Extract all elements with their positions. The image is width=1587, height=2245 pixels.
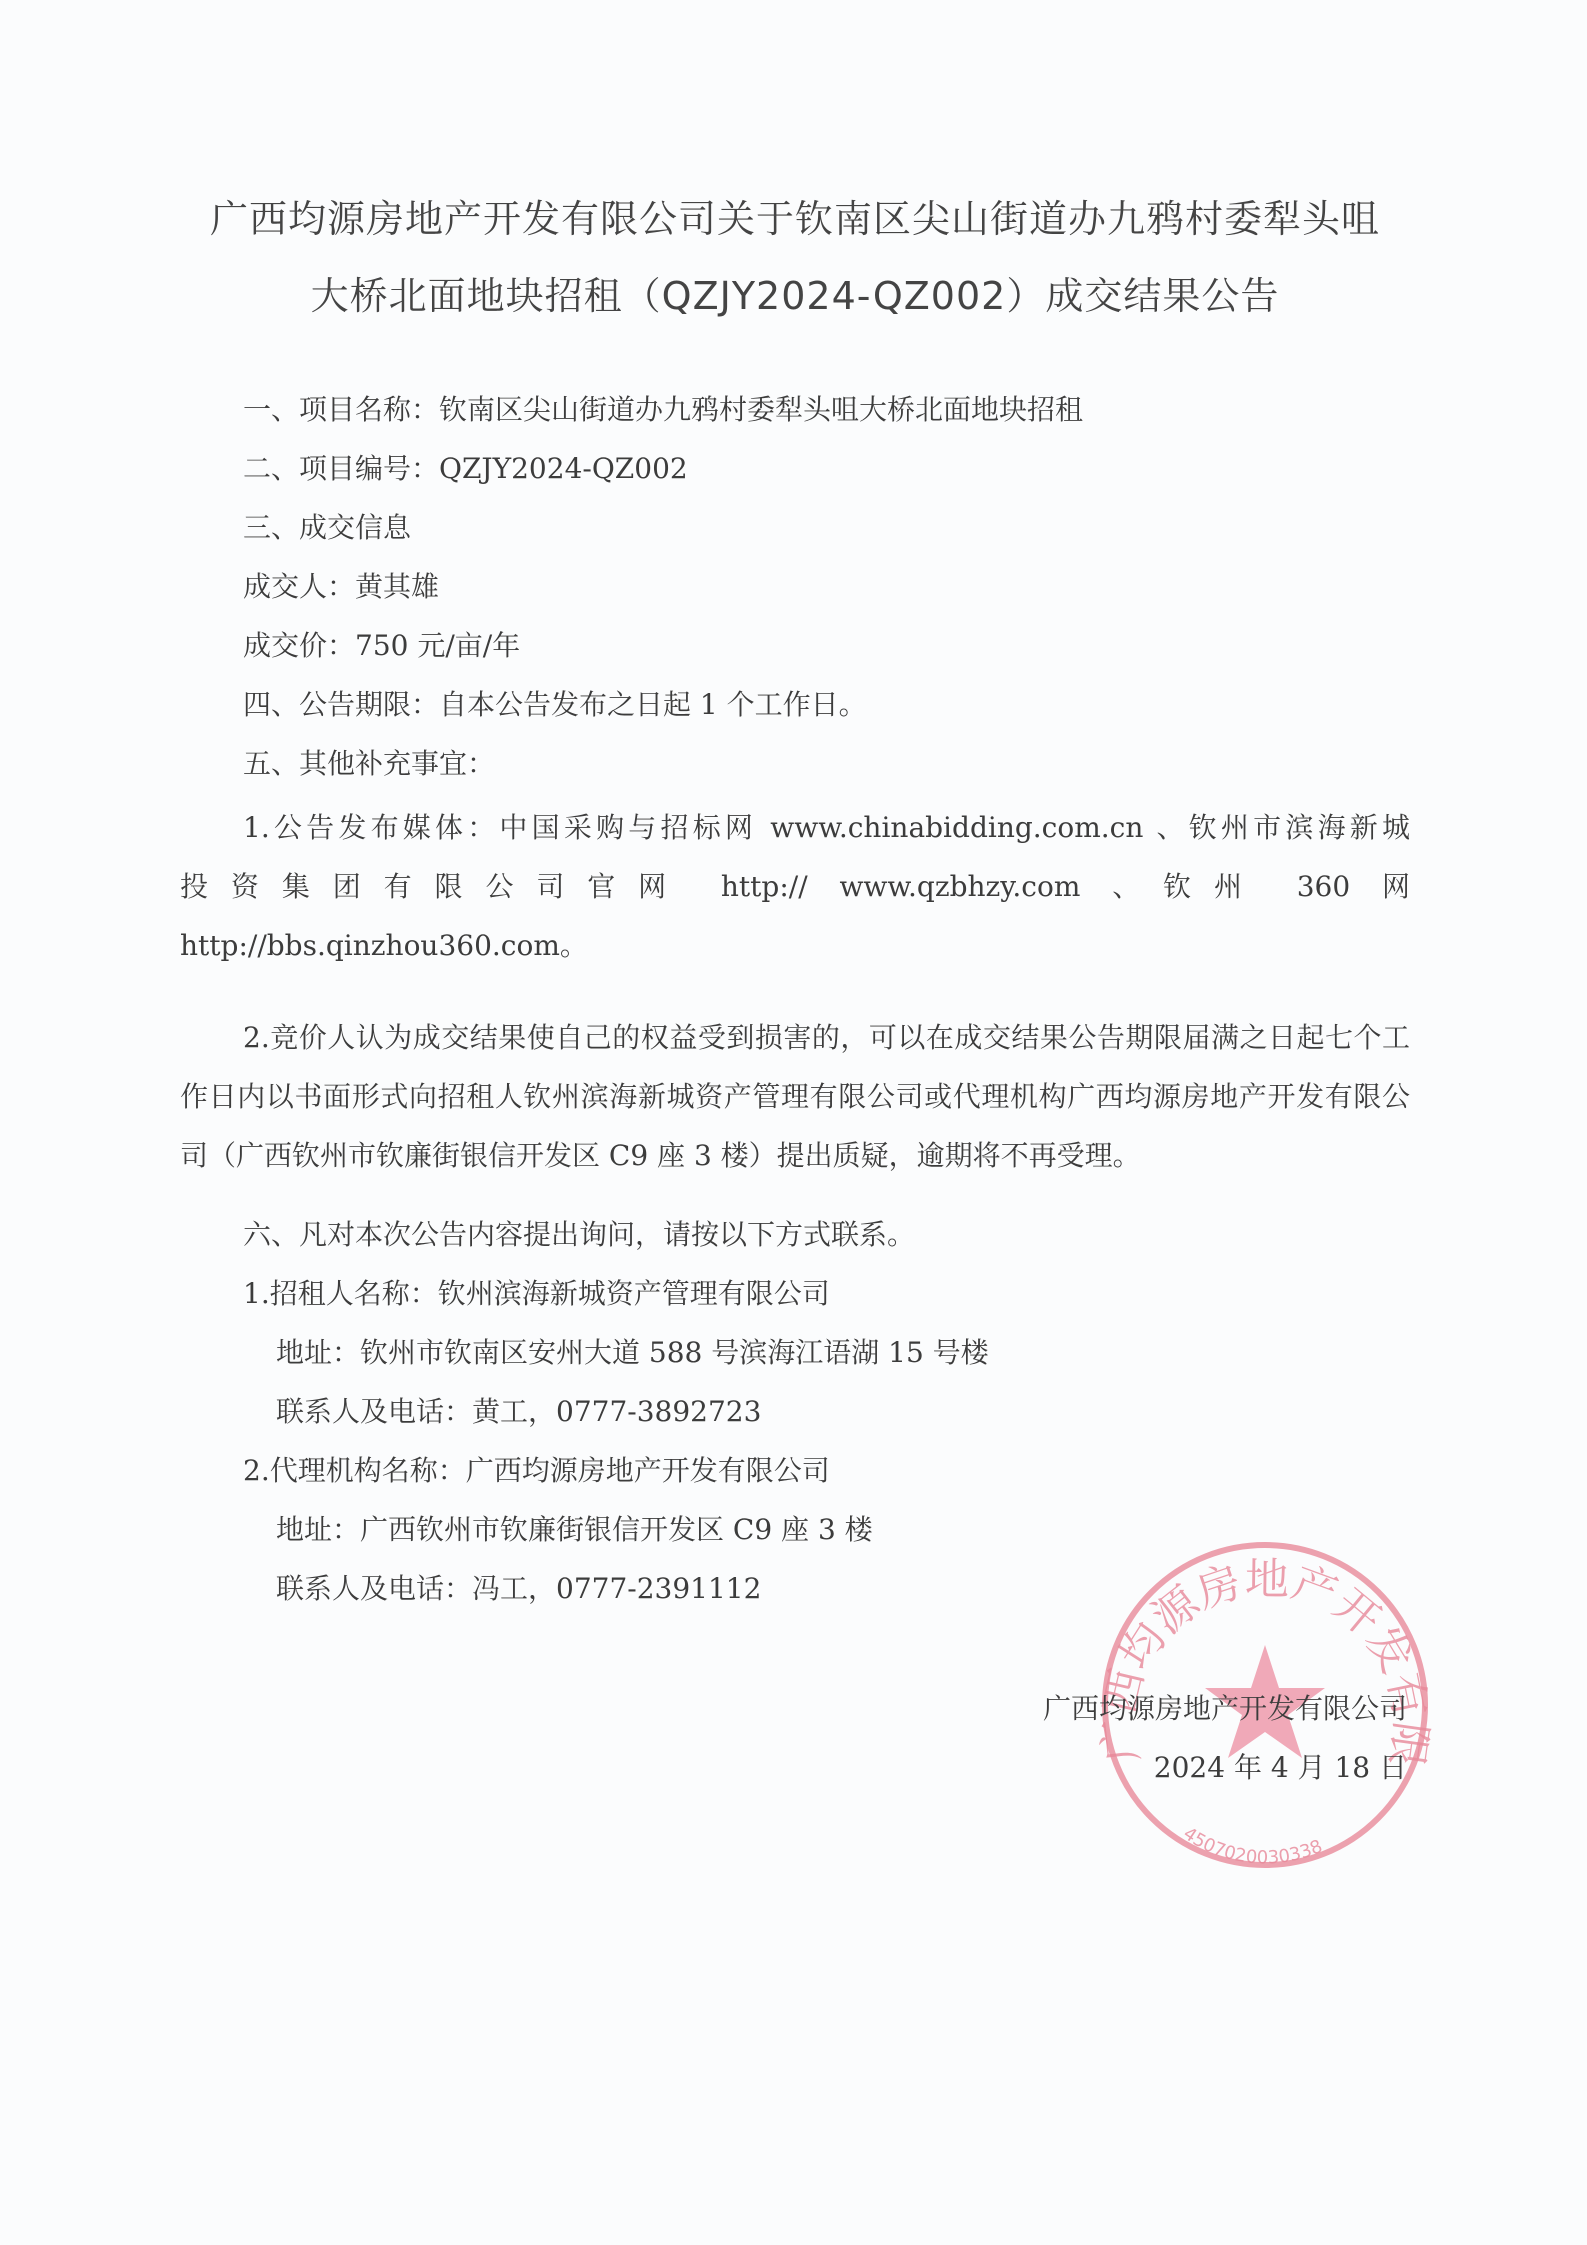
lessor-contact: 联系人及电话：黄工，0777-3892723 xyxy=(276,1395,761,1429)
winner: 成交人：黄其雄 xyxy=(243,570,439,604)
lessor-name: 1.招租人名称：钦州滨海新城资产管理有限公司 xyxy=(243,1277,830,1311)
deal-price: 成交价：750 元/亩/年 xyxy=(243,629,520,663)
lessor-address: 地址：钦州市钦南区安州大道 588 号滨海江语湖 15 号楼 xyxy=(276,1336,989,1370)
announcement-period: 四、公告期限：自本公告发布之日起 1 个工作日。 xyxy=(243,688,867,722)
media-line-2: 投资集团有限公司官网 http:// www.qzbhzy.com 、钦州 36… xyxy=(180,857,1410,916)
signature-date: 2024 年 4 月 18 日 xyxy=(1154,1746,1407,1786)
svg-text:4507020030338: 4507020030338 xyxy=(1179,1823,1325,1868)
agent-name: 2.代理机构名称：广西均源房地产开发有限公司 xyxy=(243,1454,830,1488)
signature-company: 广西均源房地产开发有限公司 xyxy=(1043,1687,1407,1727)
agent-contact: 联系人及电话：冯工，0777-2391112 xyxy=(276,1572,761,1606)
document-title-line-1: 广西均源房地产开发有限公司关于钦南区尖山街道办九鸦村委犁头咀 xyxy=(150,188,1440,243)
agent-address: 地址：广西钦州市钦廉街银信开发区 C9 座 3 楼 xyxy=(276,1513,873,1547)
deal-info-heading: 三、成交信息 xyxy=(243,511,411,545)
media-line-1: 1.公告发布媒体：中国采购与招标网 www.chinabidding.com.c… xyxy=(243,798,1410,857)
document-title-line-2: 大桥北面地块招租（QZJY2024-QZ002）成交结果公告 xyxy=(150,265,1440,320)
objection-paragraph: 2.竞价人认为成交结果使自己的权益受到损害的，可以在成交结果公告期限届满之日起七… xyxy=(180,1008,1410,1185)
media-line-3: http://bbs.qinzhou360.com。 xyxy=(180,916,1410,975)
project-number: 二、项目编号：QZJY2024-QZ002 xyxy=(243,452,688,486)
project-name: 一、项目名称：钦南区尖山街道办九鸦村委犁头咀大桥北面地块招租 xyxy=(243,393,1083,427)
contact-heading: 六、凡对本次公告内容提出询问，请按以下方式联系。 xyxy=(243,1218,915,1252)
other-matters-heading: 五、其他补充事宜： xyxy=(243,747,495,781)
